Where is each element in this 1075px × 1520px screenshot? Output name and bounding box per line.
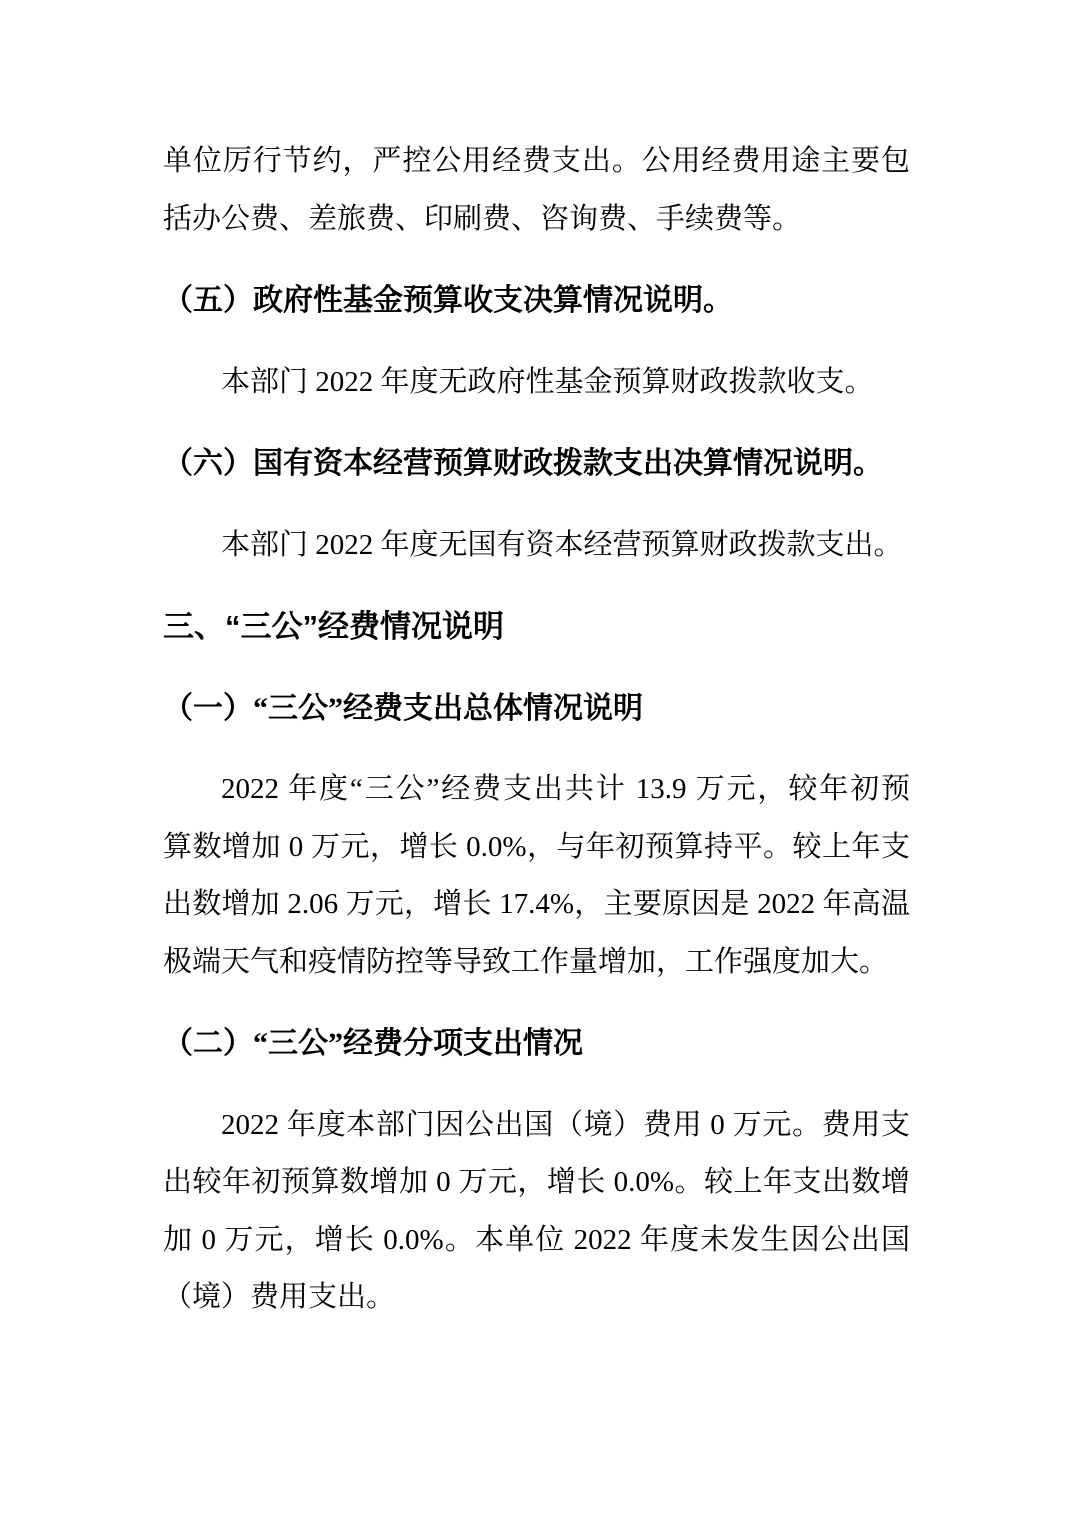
text-line: 单位厉行节约，严控公用经费支出。公用经费用途主要包 [163,133,910,191]
text-line: 加 0 万元，增长 0.0%。本单位 2022 年度未发生因公出国 [163,1212,910,1270]
text-line: 本部门 2022 年度无国有资本经营预算财政拨款支出。 [163,517,910,575]
paragraph-state-capital: 本部门 2022 年度无国有资本经营预算财政拨款支出。 [163,517,910,575]
paragraph-itemized-expense: 2022 年度本部门因公出国（境）费用 0 万元。费用支出较年初预算数增加 0 … [163,1097,910,1327]
document-content: 单位厉行节约，严控公用经费支出。公用经费用途主要包括办公费、差旅费、印刷费、咨询… [163,133,910,1327]
text-line: 算数增加 0 万元，增长 0.0%，与年初预算持平。较上年支 [163,819,910,877]
paragraph-public-funds-continuation: 单位厉行节约，严控公用经费支出。公用经费用途主要包括办公费、差旅费、印刷费、咨询… [163,133,910,248]
document-page: 单位厉行节约，严控公用经费支出。公用经费用途主要包括办公费、差旅费、印刷费、咨询… [0,0,1075,1520]
text-line: 本部门 2022 年度无政府性基金预算财政拨款收支。 [163,354,910,412]
heading-section-5: （五）政府性基金预算收支决算情况说明。 [163,272,910,330]
text-line: （一）“三公”经费支出总体情况说明 [163,680,910,738]
text-line: 2022 年度本部门因公出国（境）费用 0 万元。费用支 [163,1097,910,1155]
heading-section-6: （六）国有资本经营预算财政拨款支出决算情况说明。 [163,435,910,493]
text-line: 三、“三公”经费情况说明 [163,598,910,656]
heading-chapter-3: 三、“三公”经费情况说明 [163,598,910,656]
text-line: 出较年初预算数增加 0 万元，增长 0.0%。较上年支出数增 [163,1154,910,1212]
text-line: 极端天气和疫情防控等导致工作量增加，工作强度加大。 [163,934,910,992]
text-line: 2022 年度“三公”经费支出共计 13.9 万元，较年初预 [163,761,910,819]
text-line: 括办公费、差旅费、印刷费、咨询费、手续费等。 [163,191,910,249]
text-line: （五）政府性基金预算收支决算情况说明。 [163,272,910,330]
text-line: （二）“三公”经费分项支出情况 [163,1015,910,1073]
text-line: （六）国有资本经营预算财政拨款支出决算情况说明。 [163,435,910,493]
text-line: 出数增加 2.06 万元，增长 17.4%，主要原因是 2022 年高温 [163,876,910,934]
paragraph-gov-fund: 本部门 2022 年度无政府性基金预算财政拨款收支。 [163,354,910,412]
heading-subsection-2: （二）“三公”经费分项支出情况 [163,1015,910,1073]
text-line: （境）费用支出。 [163,1269,910,1327]
heading-subsection-1: （一）“三公”经费支出总体情况说明 [163,680,910,738]
paragraph-overall-expense: 2022 年度“三公”经费支出共计 13.9 万元，较年初预算数增加 0 万元，… [163,761,910,991]
